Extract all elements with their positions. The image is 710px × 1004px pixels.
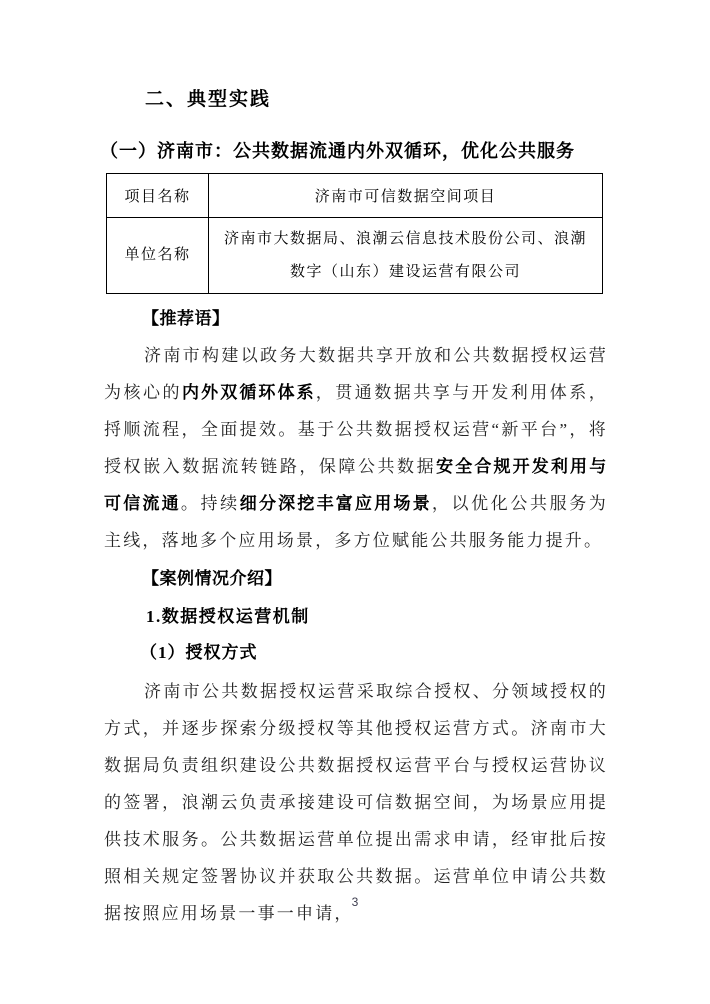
emphasized-text: 细分深挖丰富应用场景 (240, 494, 432, 513)
recommendation-paragraph: 济南市构建以政务大数据共享开放和公共数据授权运营为核心的内外双循环体系，贯通数据… (104, 337, 608, 559)
body-text: 。持续 (181, 494, 240, 513)
recommendation-header: 【推荐语】 (104, 308, 608, 330)
case-paragraph: 济南市公共数据授权运营采取综合授权、分领域授权的方式，并逐步探索分级授权等其他授… (104, 673, 608, 932)
emphasized-text: 内外双循环体系 (182, 383, 316, 402)
case-sub-heading-2: （1）授权方式 (104, 642, 608, 664)
unit-name-label: 单位名称 (107, 218, 209, 294)
unit-name-value: 济南市大数据局、浪潮云信息技术股份公司、浪潮数字（山东）建设运营有限公司 (209, 218, 603, 294)
case-intro-header: 【案例情况介绍】 (104, 568, 608, 590)
document-page: { "document": { "heading": "二、典型实践", "su… (0, 0, 710, 1004)
section-title: 二、典型实践 (104, 88, 608, 112)
page-content: 二、典型实践 （一）济南市：公共数据流通内外双循环，优化公共服务 项目名称 济南… (104, 0, 608, 932)
page-number: 3 (0, 895, 710, 909)
case-sub-heading-1: 1.数据授权运营机制 (104, 606, 608, 628)
table-row: 项目名称 济南市可信数据空间项目 (107, 174, 603, 218)
project-name-value: 济南市可信数据空间项目 (209, 174, 603, 218)
table-row: 单位名称 济南市大数据局、浪潮云信息技术股份公司、浪潮数字（山东）建设运营有限公… (107, 218, 603, 294)
case-title: （一）济南市：公共数据流通内外双循环，优化公共服务 (100, 139, 608, 163)
body-text: 济南市公共数据授权运营采取综合授权、分领域授权的方式，并逐步探索分级授权等其他授… (104, 682, 608, 923)
project-info-table: 项目名称 济南市可信数据空间项目 单位名称 济南市大数据局、浪潮云信息技术股份公… (106, 173, 603, 294)
project-name-label: 项目名称 (107, 174, 209, 218)
